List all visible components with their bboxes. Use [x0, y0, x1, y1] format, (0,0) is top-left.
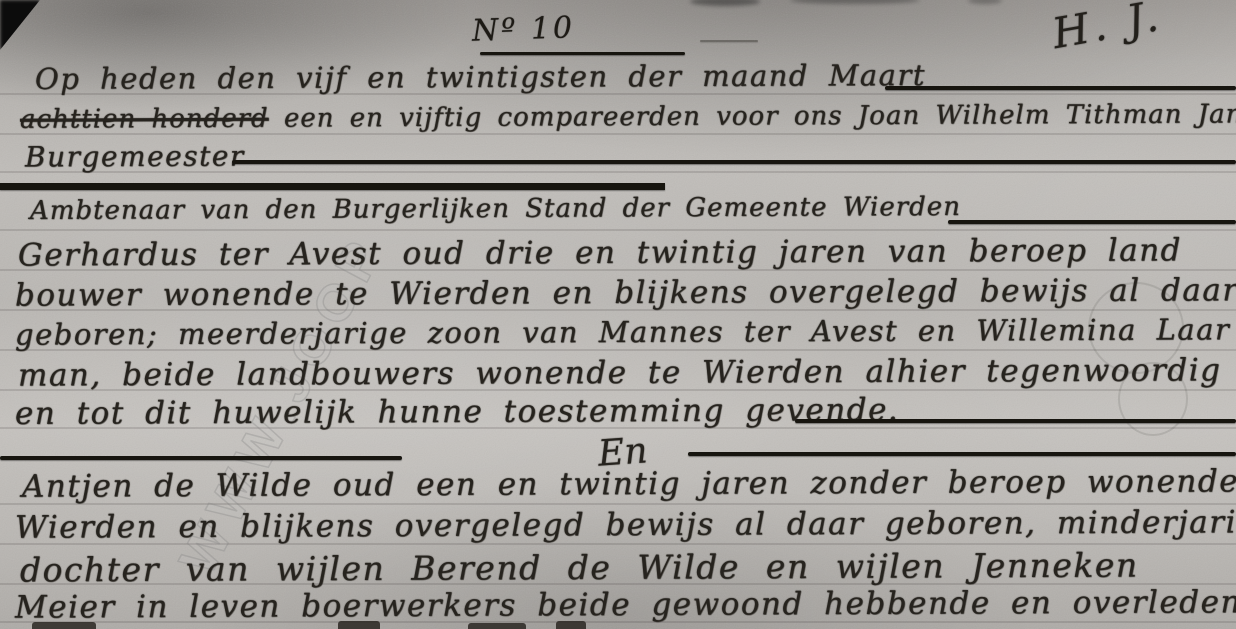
scanned-marriage-record: WWW.JOOP Nº 10 H. J. Op heden den vijf e… [0, 0, 1236, 629]
ink-rule [885, 86, 1236, 90]
handwritten-line-8: man, beide landbouwers wonende te Wierde… [18, 352, 1222, 393]
scan-smudge [790, 0, 920, 4]
record-number-value: 10 [530, 10, 575, 47]
line-text: Burgemeester [25, 140, 245, 174]
handwritten-line-13: Meier in leven boerwerkers beide gewoond… [15, 584, 1236, 625]
handwritten-line-9: en tot dit huwelijk hunne toestemming ge… [15, 392, 899, 432]
line-text: Gerhardus ter Avest oud drie en twintig … [18, 232, 1182, 273]
scan-smudge [968, 0, 1002, 4]
line-text: Wierden en blijkens overgelegd bewijs al… [15, 504, 1236, 546]
ink-rule [795, 419, 1236, 423]
cutoff-line-marks [556, 621, 586, 629]
scan-corner-shadow [0, 0, 40, 50]
ink-rule [0, 456, 402, 460]
line-text: Op heden den vijf en twintigsten der maa… [35, 58, 926, 96]
record-number: Nº 10 [471, 10, 575, 49]
handwritten-line-7: geboren; meerderjarige zoon van Mannes t… [15, 312, 1230, 351]
handwritten-line-6: bouwer wonende te Wierden en blijkens ov… [15, 272, 1236, 313]
line-text: en tot dit huwelijk hunne toestemming ge… [15, 392, 899, 432]
line-text: man, beide landbouwers wonende te Wierde… [18, 352, 1222, 393]
record-number-label: Nº [471, 12, 519, 49]
cutoff-line-marks [338, 621, 380, 629]
handwritten-line-11: Wierden en blijkens overgelegd bewijs al… [15, 504, 1236, 546]
line-text: dochter van wijlen Berend de Wilde en wi… [20, 546, 1139, 590]
struck-text: achttien honderd [20, 104, 269, 135]
ink-rule [948, 220, 1236, 224]
cutoff-line-marks [32, 622, 96, 629]
handwritten-line-1: Op heden den vijf en twintigsten der maa… [35, 58, 926, 96]
handwritten-line-12: dochter van wijlen Berend de Wilde en wi… [20, 546, 1139, 590]
line-text: Antjen de Wilde oud een en twintig jaren… [22, 463, 1236, 505]
handwritten-line-10: Antjen de Wilde oud een en twintig jaren… [22, 463, 1236, 505]
ledger-baseline [0, 229, 1236, 231]
line-text: bouwer wonende te Wierden en blijkens ov… [15, 272, 1236, 313]
cutoff-line-marks [468, 623, 526, 629]
heavy-scan-band [0, 183, 665, 190]
line-text: geboren; meerderjarige zoon van Mannes t… [15, 312, 1230, 351]
line-text: Meier in leven boerwerkers beide gewoond… [15, 584, 1236, 625]
corner-initials: H. J. [1049, 0, 1166, 58]
scan-smudge [690, 0, 760, 6]
handwritten-line-3: Burgemeester [25, 140, 245, 174]
handwritten-line-2: achttien honderd een en vijftig comparee… [20, 99, 1236, 135]
handwritten-line-4: Ambtenaar van den Burgerlijken Stand der… [30, 192, 961, 226]
line-text: Ambtenaar van den Burgerlijken Stand der… [30, 192, 961, 226]
faint-dash [700, 40, 758, 42]
ink-rule [688, 452, 1236, 456]
line-text: een en vijftig compareerden voor ons Joa… [284, 99, 1236, 133]
handwritten-line-5: Gerhardus ter Avest oud drie en twintig … [18, 232, 1182, 273]
record-number-underline [480, 52, 685, 55]
ink-rule [232, 160, 1236, 164]
